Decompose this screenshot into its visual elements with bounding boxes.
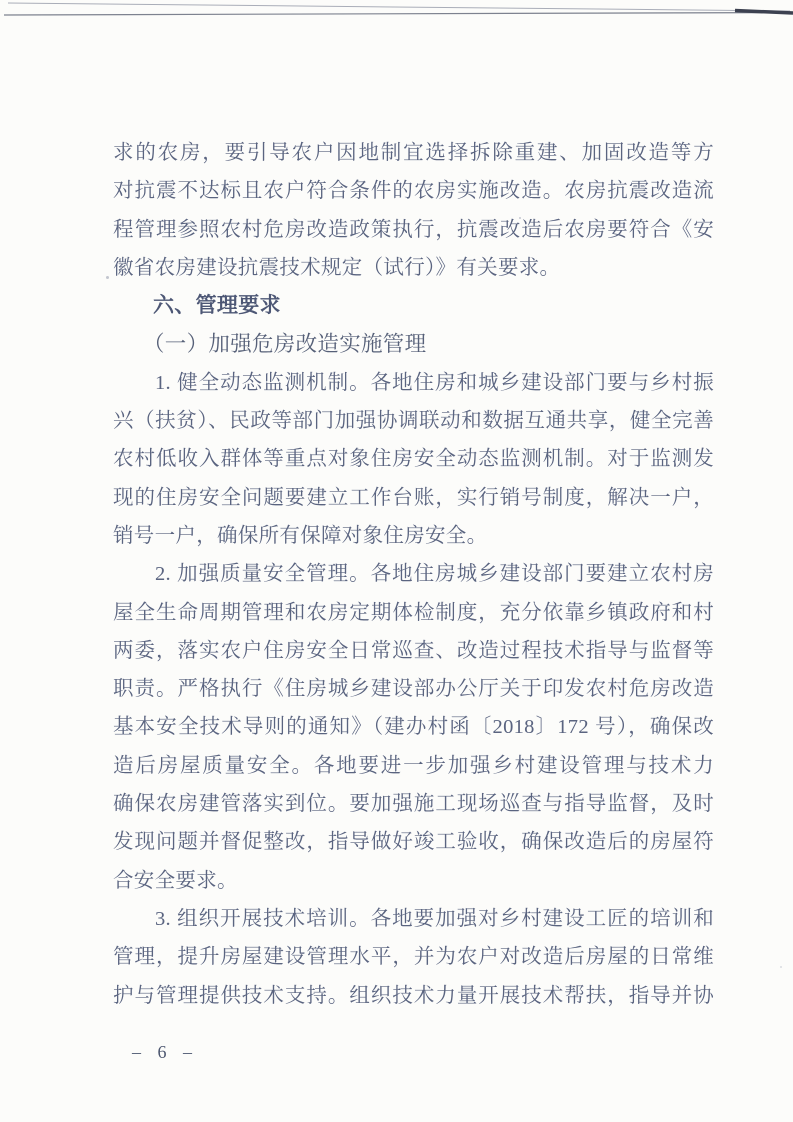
scan-speck xyxy=(106,276,109,279)
text-line: 农村低收入群体等重点对象住房安全动态监测机制。对于监测发 xyxy=(113,440,714,478)
scanner-artifact-lines xyxy=(0,0,793,22)
scan-line-thick-segment xyxy=(735,11,793,14)
scan-speck xyxy=(780,966,782,968)
scan-line-top xyxy=(8,3,790,11)
scan-line-bottom xyxy=(4,13,793,16)
text-line: 管理，提升房屋建设管理水平，并为农户对改造后房屋的日常维 xyxy=(113,938,714,976)
page-number: – 6 – xyxy=(132,1042,198,1063)
text-line: 兴（扶贫）、民政等部门加强协调联动和数据互通共享，健全完善 xyxy=(113,402,714,440)
text-line: 求的农房，要引导农户因地制宜选择拆除重建、加固改造等方式， xyxy=(113,134,714,172)
document-body-text: 求的农房，要引导农户因地制宜选择拆除重建、加固改造等方式，对抗震不达标且农户符合… xyxy=(113,134,714,1015)
text-line: 两委，落实农户住房安全日常巡查、改造过程技术指导与监督等 xyxy=(113,632,714,670)
text-line: 合安全要求。 xyxy=(113,862,714,900)
scanned-document-page: 求的农房，要引导农户因地制宜选择拆除重建、加固改造等方式，对抗震不达标且农户符合… xyxy=(0,0,793,1122)
text-line: 职责。严格执行《住房城乡建设部办公厅关于印发农村危房改造 xyxy=(113,670,714,708)
text-line: 确保农房建管落实到位。要加强施工现场巡查与指导监督，及时 xyxy=(113,785,714,823)
text-line: 徽省农房建设抗震技术规定（试行）》有关要求。 xyxy=(113,249,714,287)
text-line: 程管理参照农村危房改造政策执行，抗震改造后农房要符合《安 xyxy=(113,211,714,249)
text-line: 销号一户，确保所有保障对象住房安全。 xyxy=(113,517,714,555)
text-line: 1. 健全动态监测机制。各地住房和城乡建设部门要与乡村振 xyxy=(113,364,714,402)
text-line: 屋全生命周期管理和农房定期体检制度，充分依靠乡镇政府和村 xyxy=(113,594,714,632)
text-line: 造后房屋质量安全。各地要进一步加强乡村建设管理与技术力量， xyxy=(113,747,714,785)
text-line: 3. 组织开展技术培训。各地要加强对乡村建设工匠的培训和 xyxy=(113,900,714,938)
text-line: 发现问题并督促整改，指导做好竣工验收，确保改造后的房屋符 xyxy=(113,823,714,861)
text-line: 护与管理提供技术支持。组织技术力量开展技术帮扶，指导并协 xyxy=(113,977,714,1015)
text-line: 对抗震不达标且农户符合条件的农房实施改造。农房抗震改造流 xyxy=(113,172,714,210)
text-line: 现的住房安全问题要建立工作台账，实行销号制度，解决一户， xyxy=(113,479,714,517)
text-line: 2. 加强质量安全管理。各地住房城乡建设部门要建立农村房 xyxy=(113,555,714,593)
section-heading: 六、管理要求 xyxy=(113,287,714,325)
subsection-heading: （一）加强危房改造实施管理 xyxy=(113,325,714,363)
text-line: 基本安全技术导则的通知》（建办村函〔2018〕172 号），确保改 xyxy=(113,708,714,746)
